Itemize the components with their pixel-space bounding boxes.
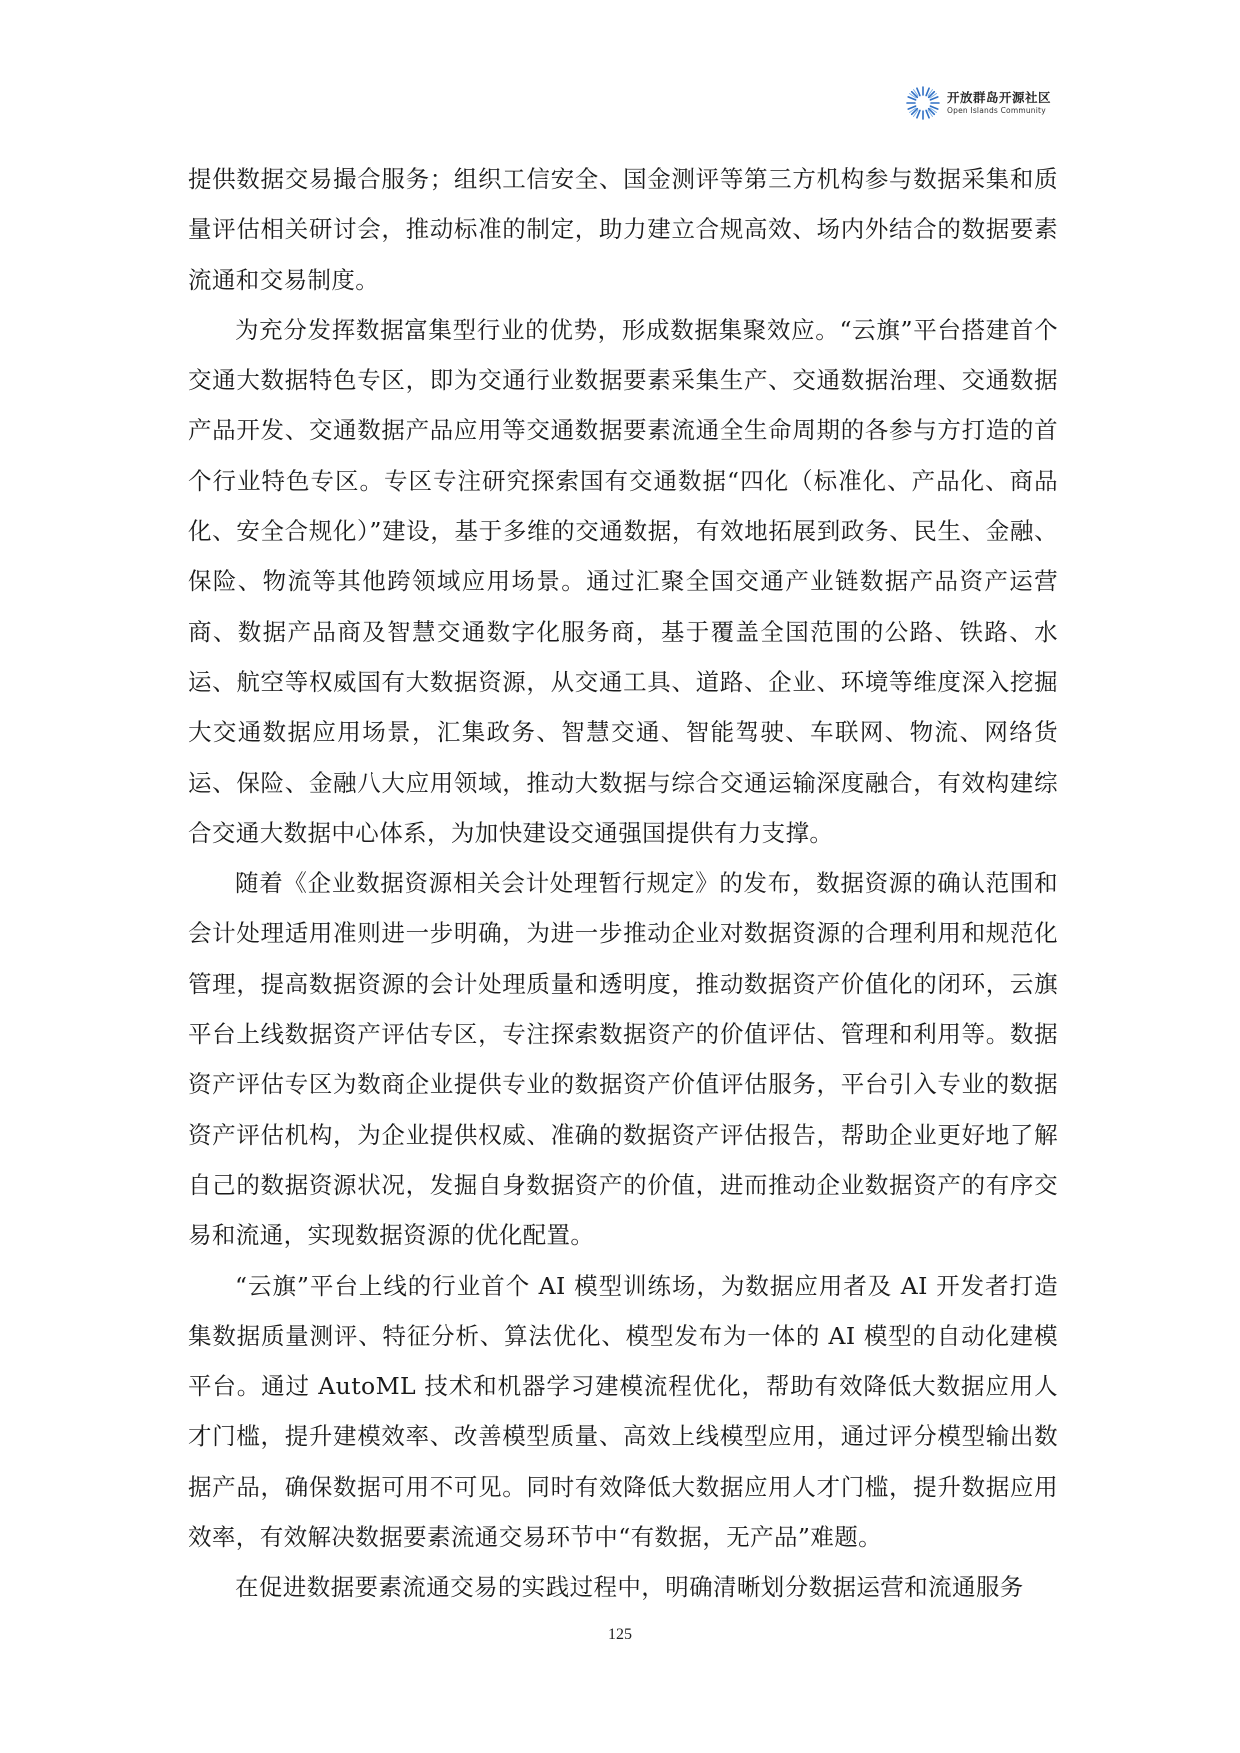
paragraph-practice: 在促进数据要素流通交易的实践过程中，明确清晰划分数据运营和流通服务 (188, 1562, 1058, 1612)
header-logo: 开放群岛开源社区 Open Islands Community (905, 85, 1051, 121)
paragraph-data-asset-evaluation: 随着《企业数据资源相关会计处理暂行规定》的发布，数据资源的确认范围和会计处理适用… (188, 858, 1058, 1260)
logo-text: 开放群岛开源社区 Open Islands Community (947, 92, 1051, 114)
page-number: 125 (0, 1626, 1240, 1644)
paragraph-ai-training-ground: “云旗”平台上线的行业首个 AI 模型训练场，为数据应用者及 AI 开发者打造集… (188, 1261, 1058, 1563)
logo-title-cn: 开放群岛开源社区 (947, 92, 1051, 105)
paragraph-transport-zone: 为充分发挥数据富集型行业的优势，形成数据集聚效应。“云旗”平台搭建首个交通大数据… (188, 305, 1058, 858)
logo-title-en: Open Islands Community (947, 107, 1051, 115)
paragraph-continuation: 提供数据交易撮合服务；组织工信安全、国金测评等第三方机构参与数据采集和质量评估相… (188, 154, 1058, 305)
sunburst-logo-icon (905, 85, 941, 121)
document-body: 提供数据交易撮合服务；组织工信安全、国金测评等第三方机构参与数据采集和质量评估相… (188, 154, 1058, 1613)
